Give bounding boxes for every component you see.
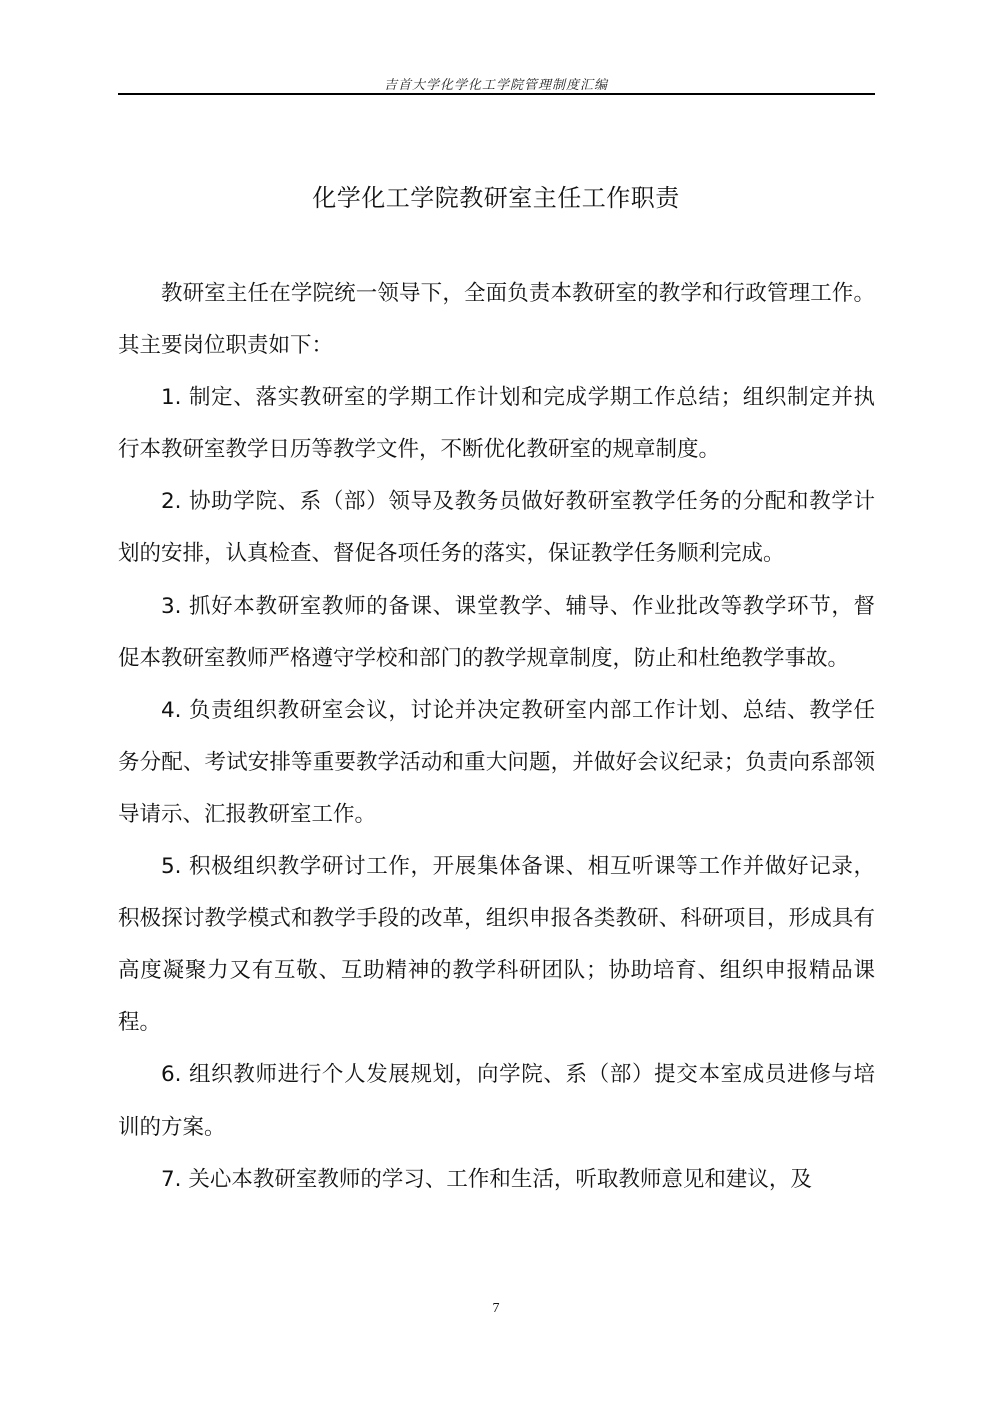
document-title: 化学化工学院教研室主任工作职责: [0, 178, 992, 213]
duty-item-6: 6. 组织教师进行个人发展规划，向学院、系（部）提交本室成员进修与培训的方案。: [118, 1049, 875, 1153]
page-number: 7: [0, 1301, 992, 1317]
duty-item-1: 1. 制定、落实教研室的学期工作计划和完成学期工作总结；组织制定并执行本教研室教…: [118, 372, 875, 476]
intro-paragraph: 教研室主任在学院统一领导下，全面负责本教研室的教学和行政管理工作。其主要岗位职责…: [118, 268, 875, 372]
running-header: 吉首大学化学化工学院管理制度汇编: [0, 74, 992, 93]
document-body: 教研室主任在学院统一领导下，全面负责本教研室的教学和行政管理工作。其主要岗位职责…: [118, 268, 875, 1206]
duty-item-5: 5. 积极组织教学研讨工作，开展集体备课、相互听课等工作并做好记录，积极探讨教学…: [118, 841, 875, 1049]
header-divider: [118, 93, 875, 95]
duty-item-4: 4. 负责组织教研室会议，讨论并决定教研室内部工作计划、总结、教学任务分配、考试…: [118, 685, 875, 841]
duty-item-7: 7. 关心本教研室教师的学习、工作和生活，听取教师意见和建议，及: [118, 1154, 875, 1206]
duty-item-3: 3. 抓好本教研室教师的备课、课堂教学、辅导、作业批改等教学环节，督促本教研室教…: [118, 581, 875, 685]
duty-item-2: 2. 协助学院、系（部）领导及教务员做好教研室教学任务的分配和教学计划的安排，认…: [118, 476, 875, 580]
